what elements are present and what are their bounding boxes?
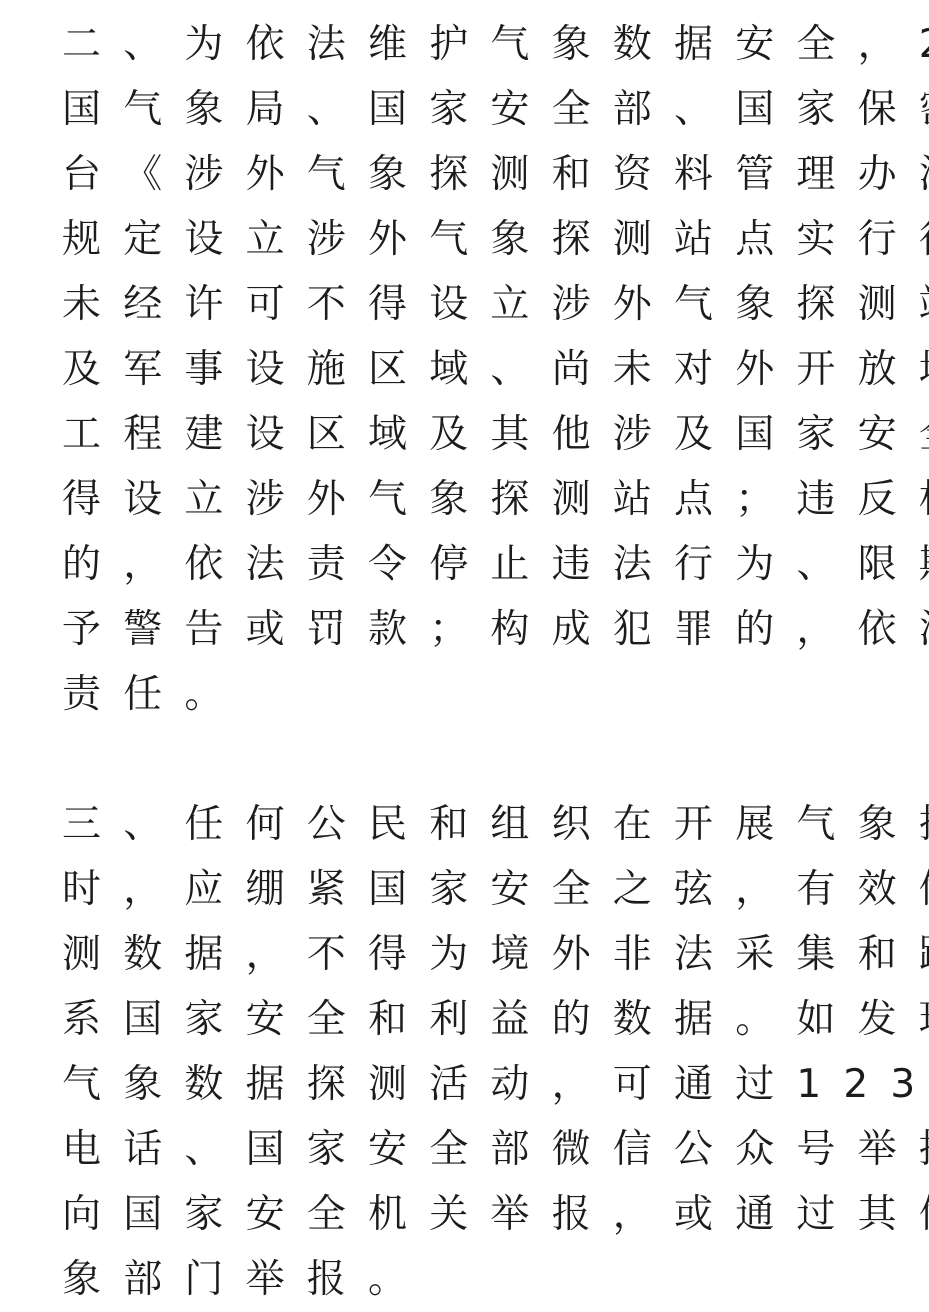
text-line: 及军事设施区域、尚未对外开放地区、重点 [62,337,882,402]
text-line: 象部门举报。 [62,1247,882,1312]
text-line: 国气象局、国家安全部、国家保密局联合出 [62,77,882,142]
text-line: 工程建设区域及其他涉及国家安全的区域不 [62,402,882,467]
text-line: 台《涉外气象探测和资料管理办法》，明确 [62,142,882,207]
text-line: 的，依法责令停止违法行为、限期改正，给 [62,532,882,597]
paragraph-section-3: 三、任何公民和组织在开展气象探测活动 时，应绷紧国家安全之弦，有效保护气象探 测… [62,792,882,1312]
text-line: 三、任何公民和组织在开展气象探测活动 [62,792,882,857]
text-line: 得设立涉外气象探测站点；违反相关规定 [62,467,882,532]
text-line: 未经许可不得设立涉外气象探测站点；国防 [62,272,882,337]
text-line: 系国家安全和利益的数据。如发现非法涉外 [62,987,882,1052]
paragraph-section-2: 二、为依法维护气象数据安全，2022年，中 国气象局、国家安全部、国家保密局联合… [62,12,882,727]
text-line: 时，应绷紧国家安全之弦，有效保护气象探 [62,857,882,922]
text-line: 向国家安全机关举报，或通过其他方式向气 [62,1182,882,1247]
text-line: 电话、国家安全部微信公众号举报受理平台 [62,1117,882,1182]
text-line: 气象数据探测活动，可通过12339举报受理 [62,1052,882,1117]
text-line: 责任。 [62,662,882,727]
text-line: 规定设立涉外气象探测站点实行行政许可， [62,207,882,272]
text-line: 测数据，不得为境外非法采集和跨境传输关 [62,922,882,987]
text-line: 予警告或罚款；构成犯罪的，依法追究刑事 [62,597,882,662]
text-line: 二、为依法维护气象数据安全，2022年，中 [62,12,882,77]
document-body: 二、为依法维护气象数据安全，2022年，中 国气象局、国家安全部、国家保密局联合… [62,12,882,1312]
